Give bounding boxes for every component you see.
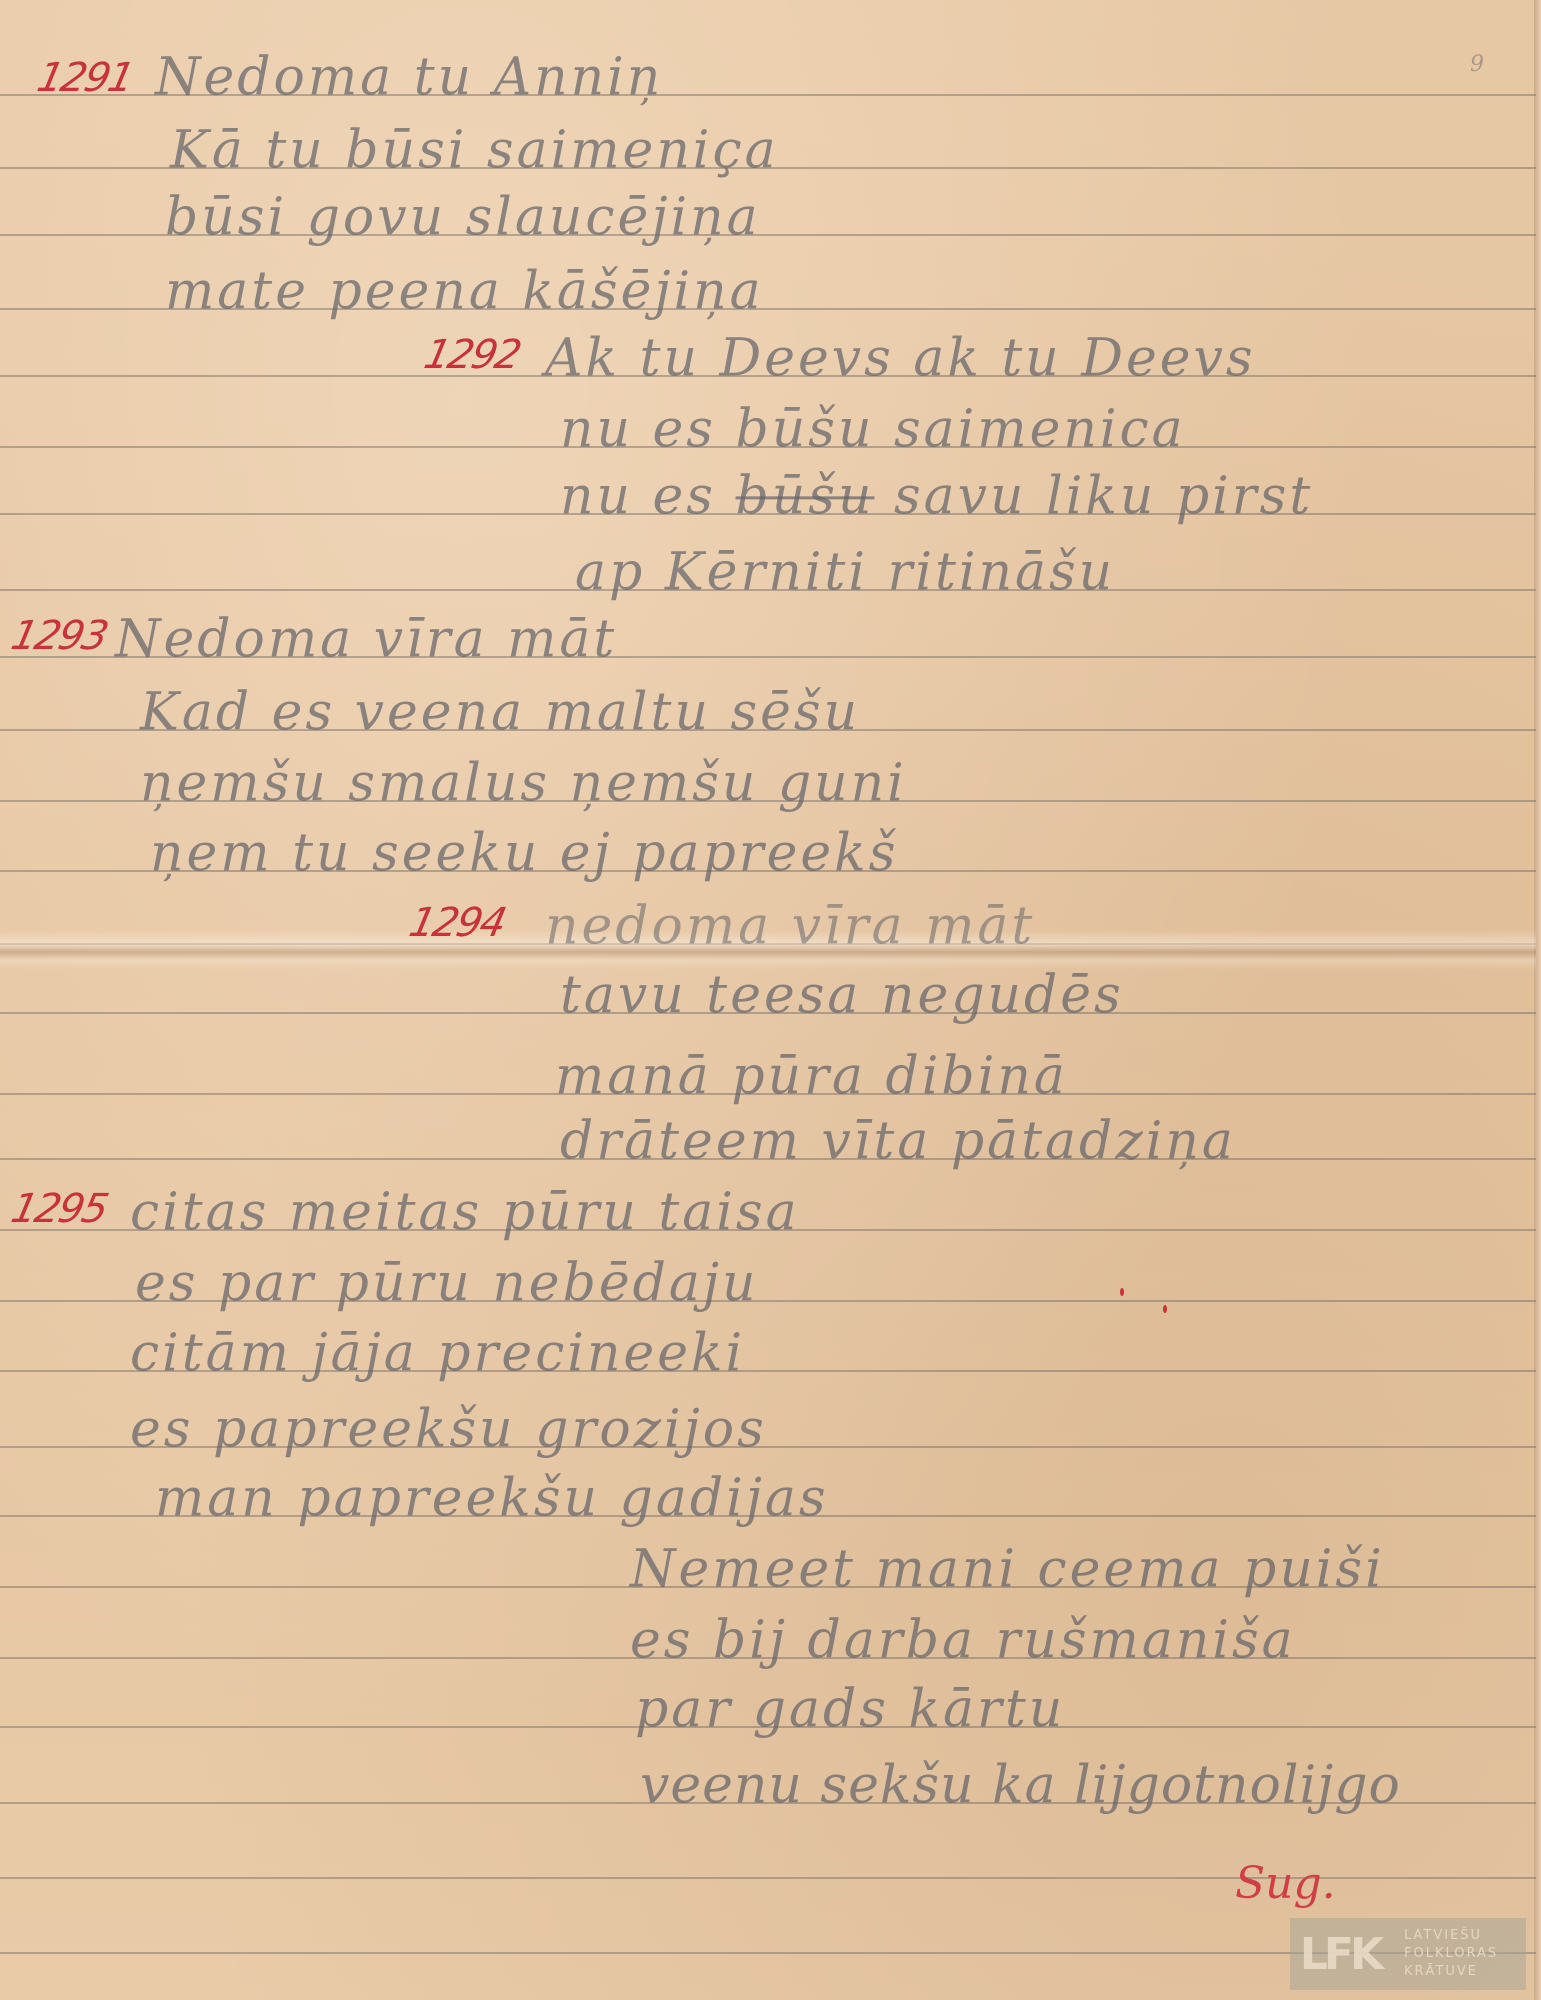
red-ink-mark <box>1163 1305 1167 1313</box>
verse-line: Kā tu būsi saimeniça <box>170 124 779 176</box>
watermark-line: FOLKLORAS <box>1404 1945 1498 1963</box>
verse-line: es par pūru nebēdaju <box>135 1257 759 1309</box>
verse-line: citām jāja precineeki <box>130 1327 745 1379</box>
verse-line: Kad es veena maltu sēšu <box>140 686 860 738</box>
verse-line: drāteem vīta pātadziņa <box>560 1115 1236 1167</box>
verse-line: ņem tu seeku ej papreekš <box>150 827 898 879</box>
watermark-text: LATVIEŠU FOLKLORAS KRĀTUVE <box>1390 1927 1498 1981</box>
song-number-1292: 1292 <box>421 335 523 375</box>
verse-line: manā pūra dibinā <box>555 1050 1068 1102</box>
lfk-logo-icon: LFK <box>1290 1918 1390 1990</box>
verse-line: mate peena kāšējiņa <box>165 265 764 317</box>
verse-line: nedoma vīra māt <box>545 900 1035 952</box>
watermark-line: KRĀTUVE <box>1404 1963 1498 1981</box>
song-number-1295: 1295 <box>8 1189 110 1229</box>
verse-line: veenu sekšu ka lijgotnolijgo <box>640 1759 1401 1811</box>
verse-line: tavu teesa negudēs <box>560 969 1124 1021</box>
verse-text: savu liku pirst <box>894 466 1313 526</box>
verse-line: citas meitas pūru taisa <box>130 1186 800 1238</box>
verse-line: Nedoma tu Anniņ <box>155 51 663 103</box>
page-mark: 9 <box>1470 52 1484 77</box>
verse-line: es bij darba rušmaniša <box>630 1614 1296 1666</box>
verse-line: ņemšu smalus ņemšu guni <box>140 757 907 809</box>
verse-line: par gads kārtu <box>635 1683 1065 1735</box>
song-number-1291: 1291 <box>34 58 136 98</box>
verse-line: nu es būšu savu liku pirst <box>560 470 1313 522</box>
verse-text: nu es <box>560 466 716 526</box>
collector-signature: Sug. <box>1235 1858 1336 1909</box>
verse-line: būsi govu slaucējiņa <box>165 191 761 243</box>
verse-line: nu es būšu saimenica <box>560 403 1186 455</box>
archive-watermark: LFK LATVIEŠU FOLKLORAS KRĀTUVE <box>1290 1918 1526 1990</box>
watermark-line: LATVIEŠU <box>1404 1927 1498 1945</box>
song-number-1294: 1294 <box>406 903 508 943</box>
song-number-1293: 1293 <box>8 616 110 656</box>
verse-line: man papreekšu gadijas <box>155 1472 829 1524</box>
verse-text: Kā tu būsi saimeniça <box>170 120 779 180</box>
red-ink-mark <box>1120 1288 1124 1296</box>
verse-line: Ak tu Deevs ak tu Deevs <box>545 332 1256 384</box>
page-edge <box>1534 0 1541 2000</box>
verse-line: ap Kērniti ritināšu <box>575 546 1115 598</box>
verse-line: es papreekšu grozijos <box>130 1403 767 1455</box>
verse-line: Nedoma vīra māt <box>115 613 617 665</box>
verse-line: Nemeet mani ceema puiši <box>630 1543 1385 1595</box>
struck-word: būšu <box>736 466 875 526</box>
